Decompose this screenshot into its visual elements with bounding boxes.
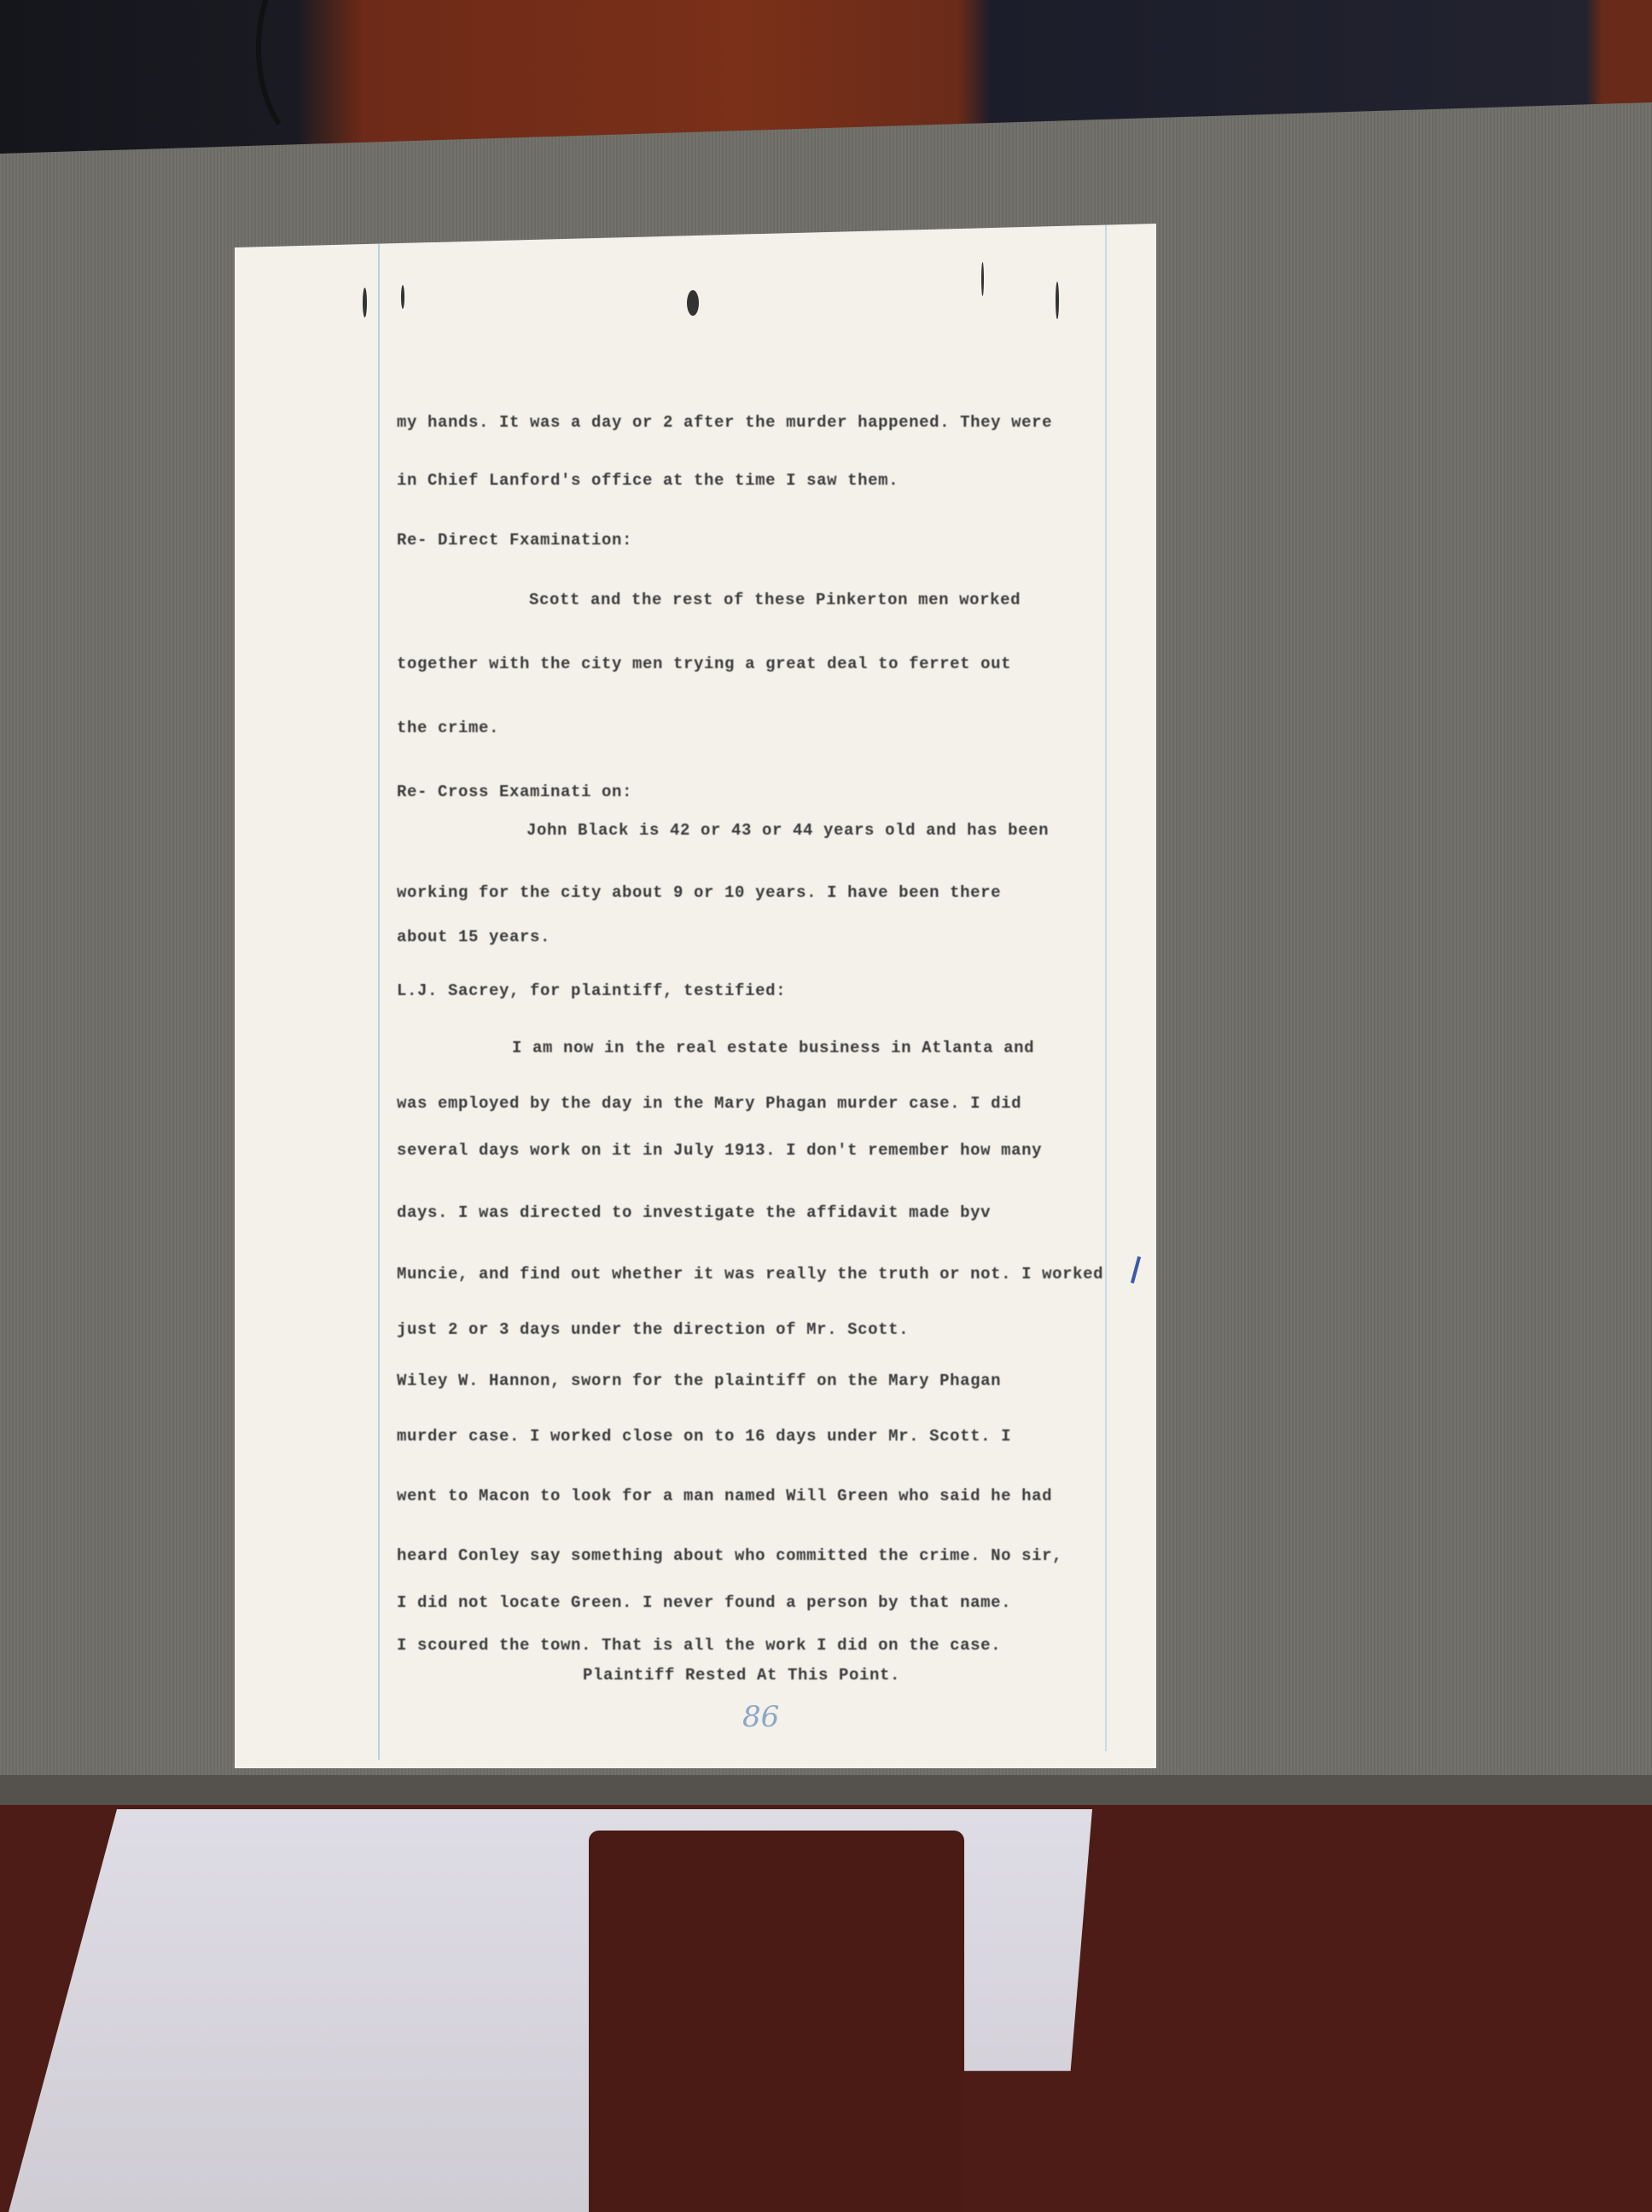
text-line: I did not locate Green. I never found a …: [397, 1593, 1011, 1612]
monitor-reflection: [589, 1831, 964, 2212]
text-line: I am now in the real estate business in …: [512, 1039, 1034, 1057]
punch-hole: [1056, 282, 1059, 319]
witness-heading: Wiley W. Hannon, sworn for the plaintiff…: [397, 1371, 1001, 1390]
text-line: my hands. It was a day or 2 after the mu…: [397, 413, 1052, 432]
section-heading: Re- Cross Examinati on:: [397, 783, 632, 801]
text-line: John Black is 42 or 43 or 44 years old a…: [526, 821, 1049, 840]
handwritten-pen-mark: [1131, 1256, 1141, 1284]
witness-heading: L.J. Sacrey, for plaintiff, testified:: [397, 981, 786, 1000]
text-line: several days work on it in July 1913. I …: [397, 1141, 1042, 1160]
punch-hole: [363, 288, 367, 317]
text-line: Scott and the rest of these Pinkerton me…: [529, 591, 1021, 609]
text-line: about 15 years.: [397, 928, 550, 946]
page-number: 86: [742, 1700, 779, 1734]
punch-hole: [687, 290, 699, 316]
text-line: just 2 or 3 days under the direction of …: [397, 1320, 909, 1339]
left-margin-rule: [378, 241, 380, 1760]
typed-page: my hands. It was a day or 2 after the mu…: [235, 224, 1156, 1768]
felt-board-edge: [0, 1775, 1652, 1809]
text-line: Muncie, and find out whether it was real…: [397, 1265, 1103, 1284]
right-margin-rule: [1105, 224, 1107, 1751]
punch-hole: [401, 285, 404, 309]
text-line: days. I was directed to investigate the …: [397, 1203, 991, 1222]
section-heading: Re- Direct Fxamination:: [397, 531, 632, 550]
punch-hole: [981, 262, 984, 296]
text-line: the crime.: [397, 719, 499, 737]
text-line: heard Conley say something about who com…: [397, 1546, 1062, 1565]
text-line: was employed by the day in the Mary Phag…: [397, 1094, 1021, 1113]
text-line: went to Macon to look for a man named Wi…: [397, 1487, 1052, 1505]
text-line: working for the city about 9 or 10 years…: [397, 883, 1001, 902]
closing-line: Plaintiff Rested At This Point.: [583, 1666, 900, 1685]
text-line: murder case. I worked close on to 16 day…: [397, 1427, 1011, 1446]
text-line: together with the city men trying a grea…: [397, 655, 1011, 673]
text-line: I scoured the town. That is all the work…: [397, 1636, 1001, 1655]
text-line: in Chief Lanford's office at the time I …: [397, 471, 899, 490]
